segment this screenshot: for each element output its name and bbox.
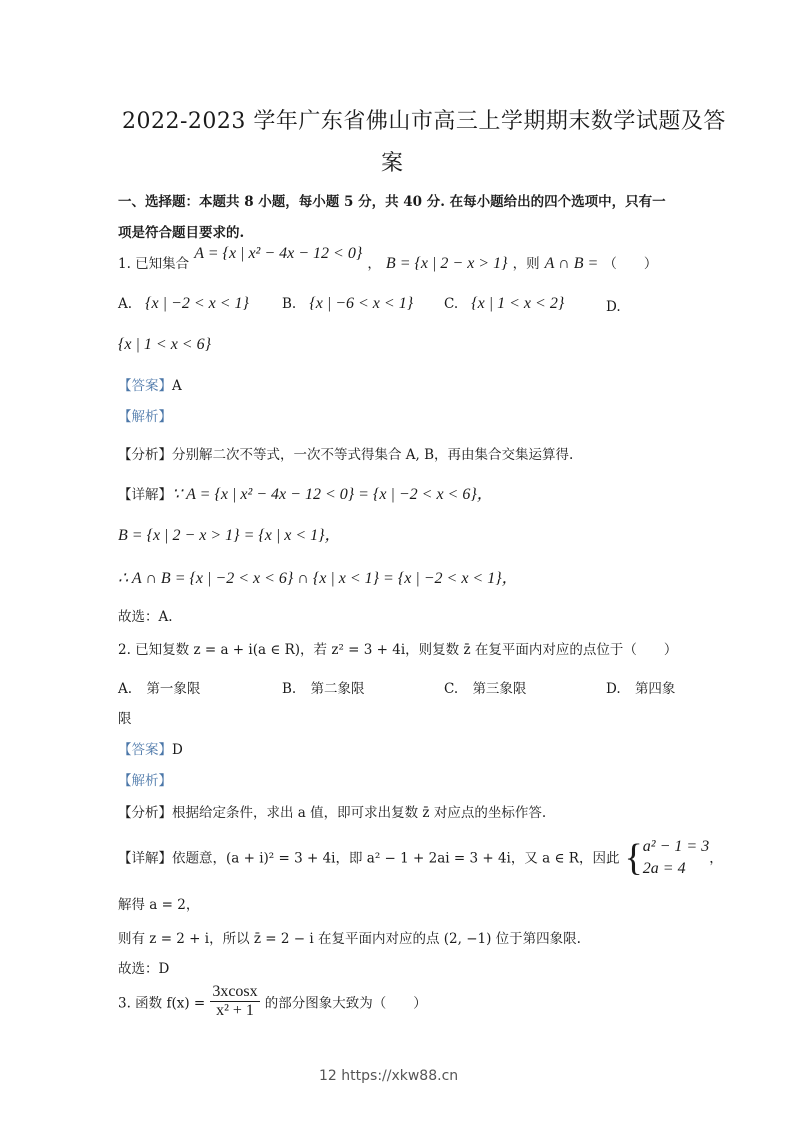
q1-xiangjie-step2: B = {x | 2 − x > 1} = {x | x < 1}， <box>118 522 341 545</box>
q1-sep1: ， <box>367 256 381 272</box>
q2-xiangjie-step3: 则有 z = 2 + i，所以 z̄ = 2 − i 在复平面内对应的点 (2,… <box>118 927 581 947</box>
q1-prefix: 1. 已知集合 <box>118 256 189 272</box>
q2-option-a: A. 第一象限 <box>118 677 200 697</box>
q2-option-b: B. 第二象限 <box>282 677 365 697</box>
fenxi-tag: 【分析】 <box>118 447 172 463</box>
xiangjie-tag: 【详解】 <box>118 851 172 867</box>
xiangjie-tag: 【详解】 <box>118 487 172 503</box>
option-label: C. <box>444 296 458 312</box>
document-title-line2: 案 <box>381 146 404 177</box>
q3-fraction: 3xcosx x² + 1 <box>210 983 259 1020</box>
q1-option-c: C. {x | 1 < x < 2} <box>444 293 564 313</box>
step-text: 依题意，(a + i)² = 3 + 4i，即 a² − 1 + 2ai = 3… <box>172 851 619 867</box>
footer-url[interactable]: https://xkw88.cn <box>341 1068 458 1084</box>
q2-answer: 【答案】D <box>118 738 183 758</box>
q1-analysis-tag: 【解析】 <box>118 405 172 425</box>
q2-option-c: C. 第三象限 <box>444 677 526 697</box>
option-label: A. <box>118 296 132 312</box>
fenxi-text: 分别解二次不等式，一次不等式得集合 A, B，再由集合交集运算得. <box>172 447 573 463</box>
q1-option-b: B. {x | −6 < x < 1} <box>282 293 413 313</box>
q1-paren: （ ） <box>603 256 657 272</box>
q1-sep2: ，则 <box>513 256 540 272</box>
question-2-stem: 2. 已知复数 z = a + i(a ∈ R)，若 z² = 3 + 4i，则… <box>118 638 677 658</box>
q1-fenxi: 【分析】分别解二次不等式，一次不等式得集合 A, B，再由集合交集运算得. <box>118 443 573 463</box>
question-3-stem: 3. 函数 f(x) = 3xcosx x² + 1 的部分图象大致为（ ） <box>118 983 427 1020</box>
system-line-1: a² − 1 = 3 <box>643 836 709 858</box>
q1-answer: 【答案】A <box>118 374 182 394</box>
q1-ask: A ∩ B = <box>545 255 599 272</box>
option-value: {x | 1 < x < 2} <box>471 295 564 312</box>
system-brace-icon: { <box>625 839 643 877</box>
q2-option-d: D. 第四象 <box>606 677 675 697</box>
document-title-line1: 2022-2023 学年广东省佛山市高三上学期期末数学试题及答 <box>122 104 726 135</box>
q2-analysis-tag: 【解析】 <box>118 769 172 789</box>
q1-option-d-label: D. <box>606 296 621 315</box>
q2-option-d-wrap: 限 <box>118 707 132 727</box>
section-header-line2: 项是符合题目要求的. <box>118 221 244 241</box>
option-value: 第一象限 <box>146 681 200 697</box>
step-text: ∵ A = {x | x² − 4x − 12 < 0} = {x | −2 <… <box>172 486 493 503</box>
question-1-stem: 1. 已知集合 A = {x | x² − 4x − 12 < 0} ， B =… <box>118 252 657 273</box>
system-line-2: 2a = 4 <box>643 858 709 880</box>
q3-suffix: 的部分图象大致为（ ） <box>265 996 427 1012</box>
option-value: 第四象 <box>635 681 676 697</box>
q2-xiangjie-step1: 【详解】依题意，(a + i)² = 3 + 4i，即 a² − 1 + 2ai… <box>118 836 723 880</box>
q3-denominator: x² + 1 <box>210 1002 259 1020</box>
option-label: B. <box>282 296 296 312</box>
q3-numerator: 3xcosx <box>210 983 259 1002</box>
page-number: 12 <box>319 1068 337 1084</box>
answer-tag: 【答案】 <box>118 378 172 394</box>
option-label: A. <box>118 681 132 697</box>
option-label: C. <box>444 681 458 697</box>
q1-set-b: B = {x | 2 − x > 1} <box>386 255 508 272</box>
q3-prefix: 3. 函数 f(x) = <box>118 996 205 1012</box>
fenxi-tag: 【分析】 <box>118 805 172 821</box>
answer-tag: 【答案】 <box>118 742 172 758</box>
option-label: B. <box>282 681 296 697</box>
option-value: {x | −6 < x < 1} <box>309 295 413 312</box>
fenxi-text: 根据给定条件，求出 a 值，即可求出复数 z̄ 对应点的坐标作答. <box>172 805 546 821</box>
q1-option-a: A. {x | −2 < x < 1} <box>118 293 249 313</box>
option-label: D. <box>606 299 621 315</box>
page-footer: 12 https://xkw88.cn <box>319 1068 458 1084</box>
q2-xiangjie-step2: 解得 a = 2， <box>118 893 199 913</box>
q2-fenxi: 【分析】根据给定条件，求出 a 值，即可求出复数 z̄ 对应点的坐标作答. <box>118 801 546 821</box>
q1-choose: 故选：A. <box>118 605 173 625</box>
option-value: 第二象限 <box>311 681 365 697</box>
option-value: 第三象限 <box>472 681 526 697</box>
option-label: D. <box>606 681 621 697</box>
section-header-line1: 一、选择题：本题共 8 小题，每小题 5 分，共 40 分. 在每小题给出的四个… <box>118 190 666 210</box>
option-value: {x | −2 < x < 1} <box>145 295 249 312</box>
q1-xiangjie-step3: ∴ A ∩ B = {x | −2 < x < 6} ∩ {x | x < 1}… <box>118 565 518 588</box>
equation-system: a² − 1 = 3 2a = 4 <box>643 836 709 880</box>
q1-option-d-value: {x | 1 < x < 6} <box>118 336 211 354</box>
q1-set-a: A = {x | x² − 4x − 12 < 0} <box>194 245 362 262</box>
answer-value: D <box>172 742 183 758</box>
q2-choose: 故选：D <box>118 957 169 977</box>
answer-value: A <box>172 378 182 394</box>
step-suffix: ， <box>709 851 723 867</box>
q1-xiangjie-step1: 【详解】∵ A = {x | x² − 4x − 12 < 0} = {x | … <box>118 481 493 504</box>
